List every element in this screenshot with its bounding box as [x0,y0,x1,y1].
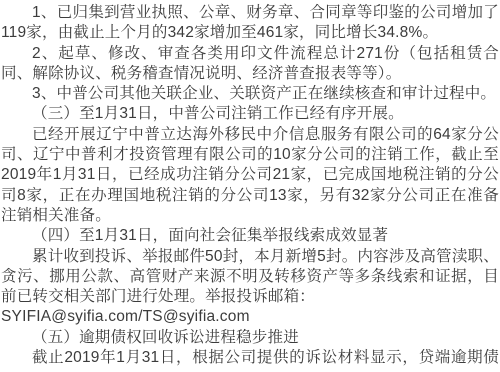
text-line: 司8家，正在办理国地税注销的分公司13家，另有32家分公司正在准备 [1,186,499,206]
text-line: （三）至1月31日，中普公司注销工作已经有序开展。 [1,104,499,124]
text-line: SYIFIA@syifia.com/TS@syifia.com [1,307,499,327]
text-line: 司、辽宁中普利才投资管理有限公司的10家分公司的注销工作，截止至 [1,145,499,165]
text-line: 已经开展辽宁中普立达海外移民中介信息服务有限公司的64家分公 [1,125,499,145]
text-line: 累计收到投诉、举报邮件50封，本月新增5封。内容涉及高管渎职、 [1,247,499,267]
text-line: 截止2019年1月31日，根据公司提供的诉讼材料显示，贷端逾期债 [1,348,499,368]
text-line: 注销相关准备。 [1,206,499,226]
text-line: 119家，由截止上个月的342家增加至461家，同比增长34.8%。 [1,23,499,43]
text-line: 贪污、挪用公款、高管财产来源不明及转移资产等多条线索和证据，目 [1,267,499,287]
document-page: 1、已归集到营业执照、公章、财务章、合同章等印鉴的公司增加了119家，由截止上个… [0,0,500,372]
text-line: 2、起草、修改、审查各类用印文件流程总计271份（包括租赁合 [1,44,499,64]
text-line: 同、解除协议、税务稽查情况说明、经济普查报表等等）。 [1,64,499,84]
text-line: 2019年1月31日，已经成功注销分公司21家，已完成国地税注销的分公 [1,165,499,185]
text-line: 3、中普公司其他关联企业、关联资产正在继续核查和审计过程中。 [1,84,499,104]
text-line: （五）逾期债权回收诉讼进程稳步推进 [1,328,499,348]
text-line: 前已转交相关部门进行处理。举报投诉邮箱： [1,287,499,307]
text-line: （四）至1月31日，面向社会征集举报线索成效显著 [1,226,499,246]
text-line: 1、已归集到营业执照、公章、财务章、合同章等印鉴的公司增加了 [1,3,499,23]
